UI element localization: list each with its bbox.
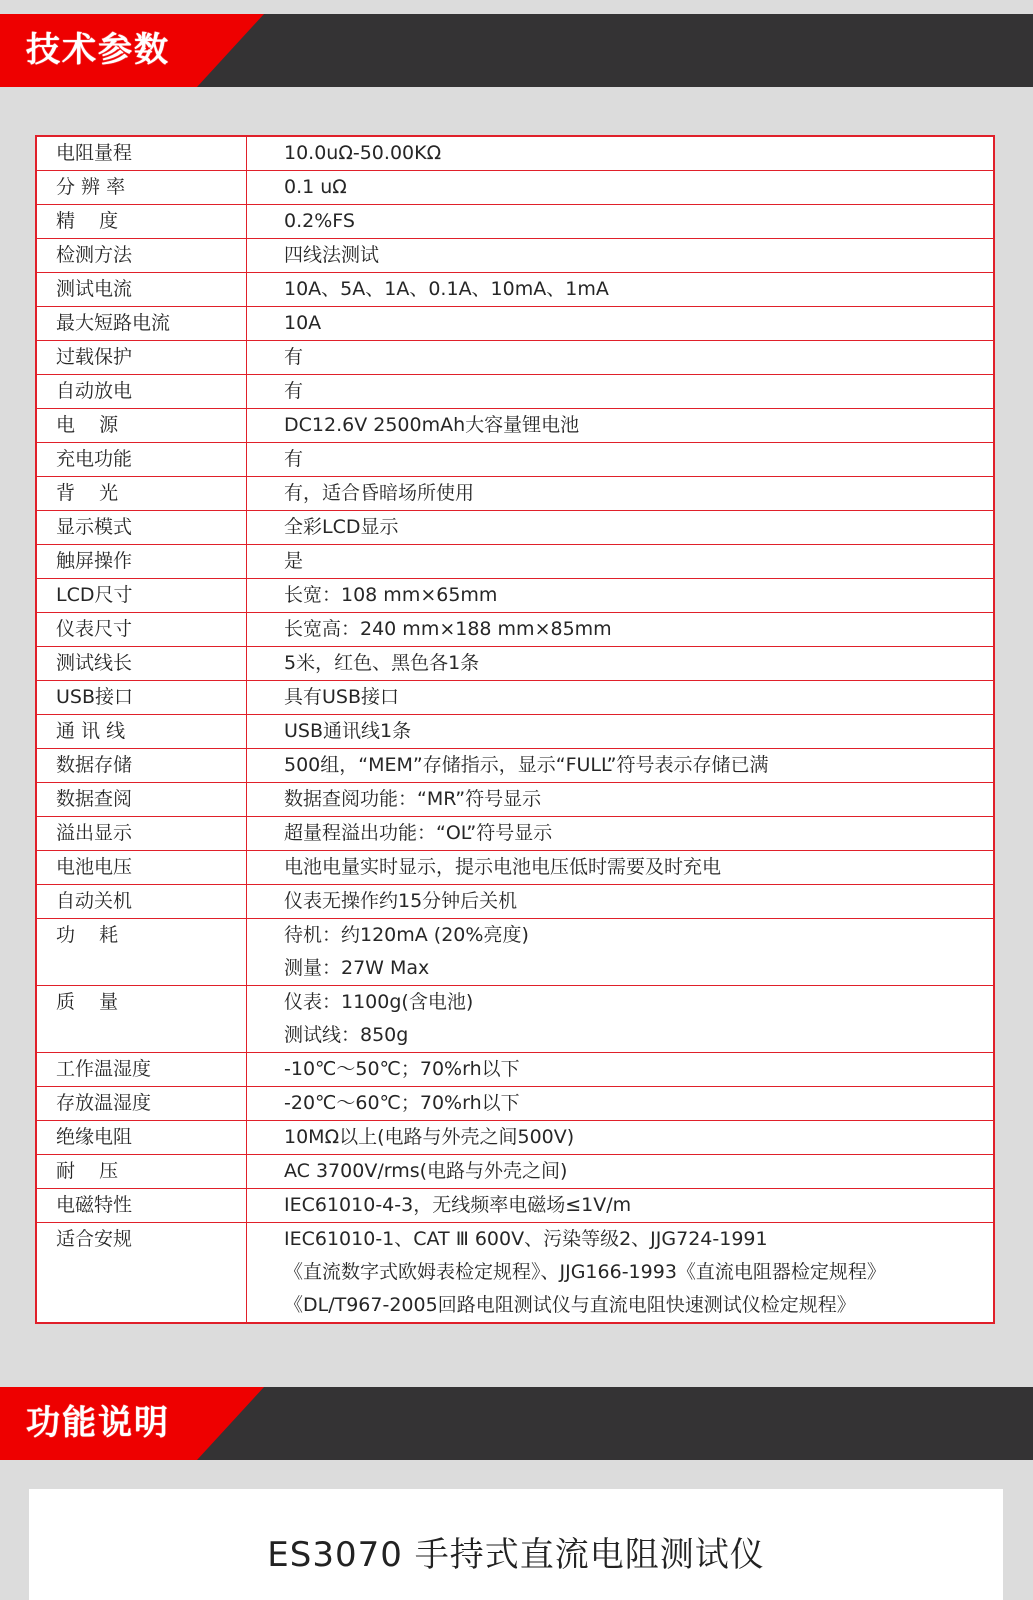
spec-value: 待机：约120mA (20%亮度)测量：27W Max xyxy=(247,919,995,986)
spec-label: 触屏操作 xyxy=(36,545,247,579)
table-row: 电 源DC12.6V 2500mAh大容量锂电池 xyxy=(36,409,994,443)
spec-value: 10MΩ以上(电路与外壳之间500V) xyxy=(247,1121,995,1155)
spec-label: 测试线长 xyxy=(36,647,247,681)
spec-value-line: USB通讯线1条 xyxy=(284,715,993,748)
spec-value-line: 0.2%FS xyxy=(284,205,993,238)
table-row: 测试线长5米，红色、黑色各1条 xyxy=(36,647,994,681)
spec-value-line: 10A、5A、1A、0.1A、10mA、1mA xyxy=(284,273,993,306)
spec-label: 电池电压 xyxy=(36,851,247,885)
table-row: LCD尺寸长宽：108 mm×65mm xyxy=(36,579,994,613)
table-row: 耐 压AC 3700V/rms(电路与外壳之间) xyxy=(36,1155,994,1189)
spec-value: 四线法测试 xyxy=(247,239,995,273)
spec-value-line: 具有USB接口 xyxy=(284,681,993,714)
spec-value: AC 3700V/rms(电路与外壳之间) xyxy=(247,1155,995,1189)
spec-label: 精 度 xyxy=(36,205,247,239)
product-title: ES3070 手持式直流电阻测试仪 xyxy=(29,1527,1003,1576)
spec-value-line: 有 xyxy=(284,443,993,476)
spec-value-line: 有 xyxy=(284,375,993,408)
spec-label: LCD尺寸 xyxy=(36,579,247,613)
spec-value-line: 数据查阅功能：“MR”符号显示 xyxy=(284,783,993,816)
table-row: 自动放电有 xyxy=(36,375,994,409)
table-row: 过载保护有 xyxy=(36,341,994,375)
table-row: 通 讯 线USB通讯线1条 xyxy=(36,715,994,749)
table-row: 绝缘电阻10MΩ以上(电路与外壳之间500V) xyxy=(36,1121,994,1155)
table-row: 背 光有，适合昏暗场所使用 xyxy=(36,477,994,511)
spec-value: 长宽：108 mm×65mm xyxy=(247,579,995,613)
table-row: 最大短路电流10A xyxy=(36,307,994,341)
spec-label: 数据存储 xyxy=(36,749,247,783)
table-row: 质 量仪表：1100g(含电池)测试线：850g xyxy=(36,986,994,1053)
table-row: 功 耗待机：约120mA (20%亮度)测量：27W Max xyxy=(36,919,994,986)
spec-value: 有，适合昏暗场所使用 xyxy=(247,477,995,511)
spec-value-line: 10A xyxy=(284,307,993,340)
table-row: 自动关机仪表无操作约15分钟后关机 xyxy=(36,885,994,919)
spec-label: 通 讯 线 xyxy=(36,715,247,749)
spec-value: 仪表无操作约15分钟后关机 xyxy=(247,885,995,919)
spec-value-line: 有，适合昏暗场所使用 xyxy=(284,477,993,510)
spec-value: IEC61010-4-3，无线频率电磁场≤1V/m xyxy=(247,1189,995,1223)
spec-value-line: 有 xyxy=(284,341,993,374)
table-row: 电磁特性IEC61010-4-3，无线频率电磁场≤1V/m xyxy=(36,1189,994,1223)
spec-label: 功 耗 xyxy=(36,919,247,986)
spec-value: 5米，红色、黑色各1条 xyxy=(247,647,995,681)
spec-value-line: 仪表无操作约15分钟后关机 xyxy=(284,885,993,918)
spec-value-line: 超量程溢出功能：“OL”符号显示 xyxy=(284,817,993,850)
spec-value-line: 是 xyxy=(284,545,993,578)
spec-section-title: 技术参数 xyxy=(26,14,170,87)
table-row: 仪表尺寸长宽高：240 mm×188 mm×85mm xyxy=(36,613,994,647)
spec-value: 10.0uΩ-50.00KΩ xyxy=(247,136,995,171)
spec-value-line: 四线法测试 xyxy=(284,239,993,272)
spec-value: 具有USB接口 xyxy=(247,681,995,715)
spec-label: 过载保护 xyxy=(36,341,247,375)
table-row: 测试电流10A、5A、1A、0.1A、10mA、1mA xyxy=(36,273,994,307)
spec-value-line: 电池电量实时显示，提示电池电压低时需要及时充电 xyxy=(284,851,993,884)
spec-value: 全彩LCD显示 xyxy=(247,511,995,545)
spec-label: 电磁特性 xyxy=(36,1189,247,1223)
spec-value-line: -20℃～60℃；70%rh以下 xyxy=(284,1087,993,1120)
spec-label: 自动放电 xyxy=(36,375,247,409)
spec-value: 电池电量实时显示，提示电池电压低时需要及时充电 xyxy=(247,851,995,885)
spec-label: 显示模式 xyxy=(36,511,247,545)
spec-value-line: 《DL/T967-2005回路电阻测试仪与直流电阻快速测试仪检定规程》 xyxy=(284,1289,993,1322)
spec-label: 电 源 xyxy=(36,409,247,443)
spec-label: 充电功能 xyxy=(36,443,247,477)
spec-label: 溢出显示 xyxy=(36,817,247,851)
spec-label: 分 辨 率 xyxy=(36,171,247,205)
spec-label: 工作温湿度 xyxy=(36,1053,247,1087)
spec-table-body: 电阻量程10.0uΩ-50.00KΩ分 辨 率0.1 uΩ精 度0.2%FS检测… xyxy=(36,136,994,1323)
spec-value-line: 全彩LCD显示 xyxy=(284,511,993,544)
spec-value-line: 待机：约120mA (20%亮度) xyxy=(284,919,993,952)
spec-label: 仪表尺寸 xyxy=(36,613,247,647)
spec-value: 0.2%FS xyxy=(247,205,995,239)
spec-value: 长宽高：240 mm×188 mm×85mm xyxy=(247,613,995,647)
spec-value-line: IEC61010-1、CAT Ⅲ 600V、污染等级2、JJG724-1991 xyxy=(284,1223,993,1256)
spec-value: USB通讯线1条 xyxy=(247,715,995,749)
spec-label: 绝缘电阻 xyxy=(36,1121,247,1155)
spec-label: 数据查阅 xyxy=(36,783,247,817)
spec-label: 质 量 xyxy=(36,986,247,1053)
spec-section-header: 技术参数 xyxy=(0,14,1033,87)
spec-value: 有 xyxy=(247,443,995,477)
spec-value: 10A xyxy=(247,307,995,341)
spec-value-line: 10MΩ以上(电路与外壳之间500V) xyxy=(284,1121,993,1154)
spec-label: USB接口 xyxy=(36,681,247,715)
spec-value-line: 长宽高：240 mm×188 mm×85mm xyxy=(284,613,993,646)
func-section-header: 功能说明 xyxy=(0,1387,1033,1460)
table-row: 显示模式全彩LCD显示 xyxy=(36,511,994,545)
spec-value: 500组，“MEM”存储指示，显示“FULL”符号表示存储已满 xyxy=(247,749,995,783)
spec-label: 电阻量程 xyxy=(36,136,247,171)
spec-value-line: DC12.6V 2500mAh大容量锂电池 xyxy=(284,409,993,442)
table-row: 数据存储500组，“MEM”存储指示，显示“FULL”符号表示存储已满 xyxy=(36,749,994,783)
spec-value-line: 《直流数字式欧姆表检定规程》、JJG166-1993《直流电阻器检定规程》 xyxy=(284,1256,993,1289)
table-row: 分 辨 率0.1 uΩ xyxy=(36,171,994,205)
spec-value-line: 测试线：850g xyxy=(284,1019,993,1052)
spec-table: 电阻量程10.0uΩ-50.00KΩ分 辨 率0.1 uΩ精 度0.2%FS检测… xyxy=(35,135,995,1324)
func-section-title: 功能说明 xyxy=(26,1387,170,1460)
product-card: ES3070 手持式直流电阻测试仪 xyxy=(29,1489,1003,1600)
spec-label: 背 光 xyxy=(36,477,247,511)
spec-label: 耐 压 xyxy=(36,1155,247,1189)
table-row: 存放温湿度-20℃～60℃；70%rh以下 xyxy=(36,1087,994,1121)
spec-value: 仪表：1100g(含电池)测试线：850g xyxy=(247,986,995,1053)
table-row: 触屏操作是 xyxy=(36,545,994,579)
table-row: 工作温湿度-10℃～50℃；70%rh以下 xyxy=(36,1053,994,1087)
table-row: 电阻量程10.0uΩ-50.00KΩ xyxy=(36,136,994,171)
spec-value: 超量程溢出功能：“OL”符号显示 xyxy=(247,817,995,851)
spec-value: 是 xyxy=(247,545,995,579)
spec-label: 测试电流 xyxy=(36,273,247,307)
spec-value-line: 测量：27W Max xyxy=(284,952,993,985)
spec-label: 最大短路电流 xyxy=(36,307,247,341)
spec-value-line: 500组，“MEM”存储指示，显示“FULL”符号表示存储已满 xyxy=(284,749,993,782)
table-row: 检测方法四线法测试 xyxy=(36,239,994,273)
spec-value-line: AC 3700V/rms(电路与外壳之间) xyxy=(284,1155,993,1188)
spec-label: 适合安规 xyxy=(36,1223,247,1324)
table-row: 电池电压电池电量实时显示，提示电池电压低时需要及时充电 xyxy=(36,851,994,885)
spec-value: IEC61010-1、CAT Ⅲ 600V、污染等级2、JJG724-1991《… xyxy=(247,1223,995,1324)
spec-value: DC12.6V 2500mAh大容量锂电池 xyxy=(247,409,995,443)
table-row: 精 度0.2%FS xyxy=(36,205,994,239)
spec-value-line: 仪表：1100g(含电池) xyxy=(284,986,993,1019)
spec-value-line: 0.1 uΩ xyxy=(284,171,993,204)
spec-value: 有 xyxy=(247,341,995,375)
spec-value: 10A、5A、1A、0.1A、10mA、1mA xyxy=(247,273,995,307)
table-row: 溢出显示超量程溢出功能：“OL”符号显示 xyxy=(36,817,994,851)
spec-value: 数据查阅功能：“MR”符号显示 xyxy=(247,783,995,817)
spec-value-line: IEC61010-4-3，无线频率电磁场≤1V/m xyxy=(284,1189,993,1222)
table-row: 充电功能有 xyxy=(36,443,994,477)
spec-label: 存放温湿度 xyxy=(36,1087,247,1121)
spec-value-line: 10.0uΩ-50.00KΩ xyxy=(284,137,993,170)
spec-value: -20℃～60℃；70%rh以下 xyxy=(247,1087,995,1121)
spec-value-line: 5米，红色、黑色各1条 xyxy=(284,647,993,680)
table-row: 数据查阅数据查阅功能：“MR”符号显示 xyxy=(36,783,994,817)
table-row: USB接口具有USB接口 xyxy=(36,681,994,715)
table-row: 适合安规IEC61010-1、CAT Ⅲ 600V、污染等级2、JJG724-1… xyxy=(36,1223,994,1324)
spec-value-line: -10℃～50℃；70%rh以下 xyxy=(284,1053,993,1086)
spec-value-line: 长宽：108 mm×65mm xyxy=(284,579,993,612)
spec-value: 有 xyxy=(247,375,995,409)
spec-label: 自动关机 xyxy=(36,885,247,919)
spec-value: 0.1 uΩ xyxy=(247,171,995,205)
spec-label: 检测方法 xyxy=(36,239,247,273)
spec-value: -10℃～50℃；70%rh以下 xyxy=(247,1053,995,1087)
